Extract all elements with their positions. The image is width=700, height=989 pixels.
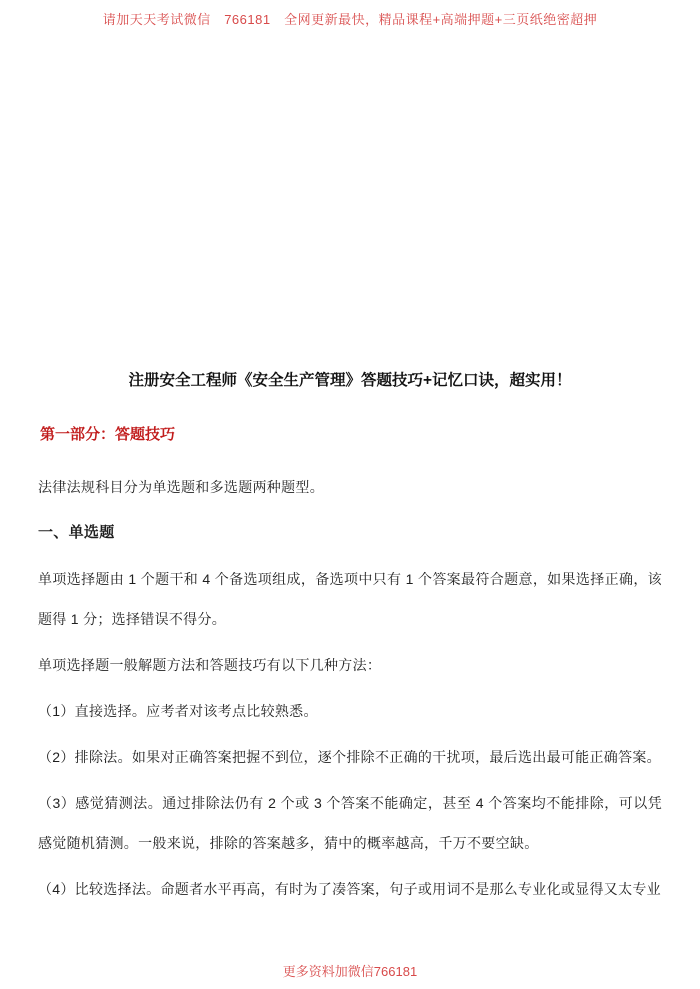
footer-banner: 更多资料加微信766181 (0, 961, 700, 980)
header-banner: 请加天天考试微信 766181 全网更新最快，精品课程+高端押题+三页纸绝密超押 (0, 9, 700, 28)
paragraph: （2）排除法。如果对正确答案把握不到位，逐个排除不正确的干扰项，最后选出最可能正… (38, 737, 662, 777)
paragraph: （1）直接选择。应考者对该考点比较熟悉。 (38, 691, 662, 731)
paragraph: （3）感觉猜测法。通过排除法仍有 2 个或 3 个答案不能确定，甚至 4 个答案… (38, 783, 662, 863)
paragraph: （4）比较选择法。命题者水平再高，有时为了凑答案，句子或用词不是那么专业化或显得… (38, 869, 662, 909)
document-body: 法律法规科目分为单选题和多选题两种题型。 一、单选题 单项选择题由 1 个题干和… (38, 467, 662, 909)
document-page: { "colors": { "page_bg": "#ffffff", "ban… (0, 0, 700, 989)
paragraph: 单项选择题由 1 个题干和 4 个备选项组成，备选项中只有 1 个答案最符合题意… (38, 559, 662, 639)
paragraph: 单项选择题一般解题方法和答题技巧有以下几种方法： (38, 645, 662, 685)
subheading: 一、单选题 (38, 513, 662, 553)
paragraph: 法律法规科目分为单选题和多选题两种题型。 (38, 467, 662, 507)
section-heading: 第一部分：答题技巧 (40, 423, 175, 444)
document-title: 注册安全工程师《安全生产管理》答题技巧+记忆口诀，超实用！ (0, 368, 700, 390)
